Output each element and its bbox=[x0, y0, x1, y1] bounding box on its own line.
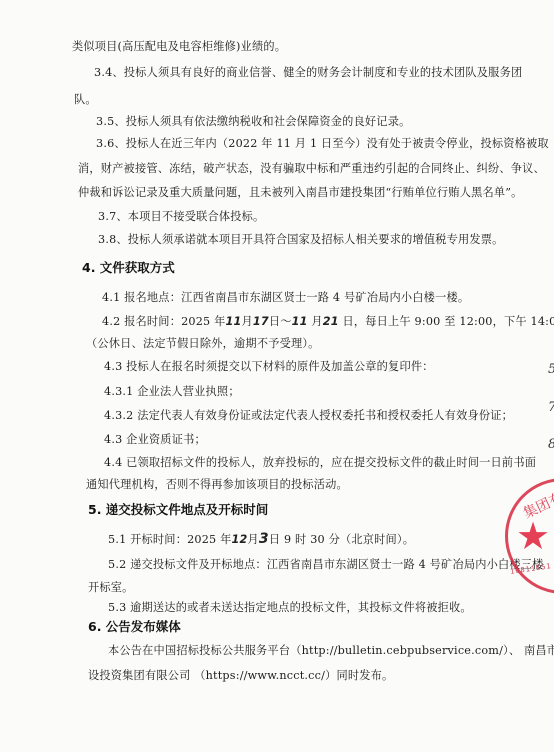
text-line: 3.7、本项目不接受联合体投标。 bbox=[98, 208, 264, 224]
handwritten-month: 11 bbox=[292, 315, 308, 328]
text-line: 3.4、投标人须具有良好的商业信誉、健全的财务会计制度和专业的技术团队及服务团 bbox=[94, 64, 522, 80]
section-heading-5: 5. 递交投标文件地点及开标时间 bbox=[88, 500, 268, 518]
document-page: 类似项目(高压配电及电容柜维修)业绩的。 3.4、投标人须具有良好的商业信誉、健… bbox=[0, 0, 554, 752]
margin-character: 5 bbox=[548, 362, 554, 377]
text: 月 bbox=[241, 315, 252, 328]
registration-time-line: 4.2 报名时间：2025 年11月17日～11 月21 日，每日上午 9:00… bbox=[102, 313, 554, 329]
handwritten-day: 21 bbox=[323, 315, 339, 328]
handwritten-day: 3 bbox=[259, 531, 269, 547]
text-line: 4.3 投标人在报名时须提交以下材料的原件及加盖公章的复印件： bbox=[104, 358, 434, 374]
text-line: 4.1 报名地点：江西省南昌市东湖区贤士一路 4 号矿冶局内小白楼一楼。 bbox=[102, 289, 469, 305]
text-line: 4.4 已领取招标文件的投标人，放弃投标的，应在提交投标文件的截止时间一日前书面 bbox=[104, 454, 536, 470]
text-line: 消，财产被接管、冻结，破产状态，没有骗取中标和严重违约引起的合同终止、纠纷、争议… bbox=[78, 160, 545, 176]
text: 月 bbox=[247, 533, 258, 546]
text-line: 3.5、投标人须具有依法缴纳税收和社会保障资金的良好记录。 bbox=[96, 113, 410, 129]
text-line: （公休日、法定节假日除外，逾期不予受理）。 bbox=[86, 335, 320, 351]
official-seal-stamp: 集团有 ★ 10811651 bbox=[505, 478, 554, 594]
text: 日，每日上午 9:00 至 12:00，下午 14:00 至 17:00 bbox=[339, 315, 554, 328]
stamp-number: 10811651 bbox=[510, 562, 552, 576]
text-line: 4.3 企业资质证书； bbox=[104, 431, 206, 447]
text-line: 4.3.2 法定代表人有效身份证或法定代表人授权委托书和授权委托人有效身份证； bbox=[104, 407, 513, 423]
handwritten-day: 17 bbox=[253, 315, 269, 328]
text-line: 队。 bbox=[74, 91, 97, 107]
text: 月 bbox=[308, 315, 323, 328]
text-line: 本公告在中国招标投标公共服务平台（http://bulletin.cebpubs… bbox=[108, 642, 554, 658]
star-icon: ★ bbox=[516, 517, 550, 555]
text-line: 4.3.1 企业法人营业执照； bbox=[104, 383, 240, 399]
opening-time-line: 5.1 开标时间：2025 年12月3日 9 时 30 分（北京时间）。 bbox=[108, 531, 414, 547]
text-line: 类似项目(高压配电及电容柜维修)业绩的。 bbox=[72, 38, 286, 54]
text-line: 设投资集团有限公司 （https://www.ncct.cc/）同时发布。 bbox=[88, 667, 393, 683]
text-line: 开标室。 bbox=[88, 579, 134, 595]
text-line: 5.2 递交投标文件及开标地点：江西省南昌市东湖区贤士一路 4 号矿冶局内小白楼… bbox=[108, 556, 544, 572]
section-heading-6: 6. 公告发布媒体 bbox=[88, 617, 181, 635]
text: 4.2 报名时间：2025 年 bbox=[102, 315, 226, 328]
section-heading-4: 4. 文件获取方式 bbox=[82, 258, 175, 276]
text-line: 通知代理机构，否则不得再参加该项目的投标活动。 bbox=[86, 476, 348, 492]
margin-character: 7 bbox=[548, 400, 554, 415]
text-line: 5.3 逾期送达的或者未送达指定地点的投标文件，其投标文件将被拒收。 bbox=[108, 599, 472, 615]
text: 日～ bbox=[269, 315, 292, 328]
handwritten-month: 12 bbox=[232, 533, 248, 546]
text: 日 9 时 30 分（北京时间）。 bbox=[269, 533, 414, 546]
margin-character: 8 bbox=[548, 437, 554, 452]
text-line: 仲裁和诉讼记录及重大质量问题，且未被列入南昌市建投集团“行贿单位行贿人黑名单”。 bbox=[78, 184, 523, 200]
text: 5.1 开标时间：2025 年 bbox=[108, 533, 232, 546]
handwritten-month: 11 bbox=[226, 315, 242, 328]
text-line: 3.8、投标人须承诺就本项目开具符合国家及招标人相关要求的增值税专用发票。 bbox=[98, 231, 504, 247]
text-line: 3.6、投标人在近三年内（2022 年 11 月 1 日至今）没有处于被责令停业… bbox=[96, 135, 549, 151]
